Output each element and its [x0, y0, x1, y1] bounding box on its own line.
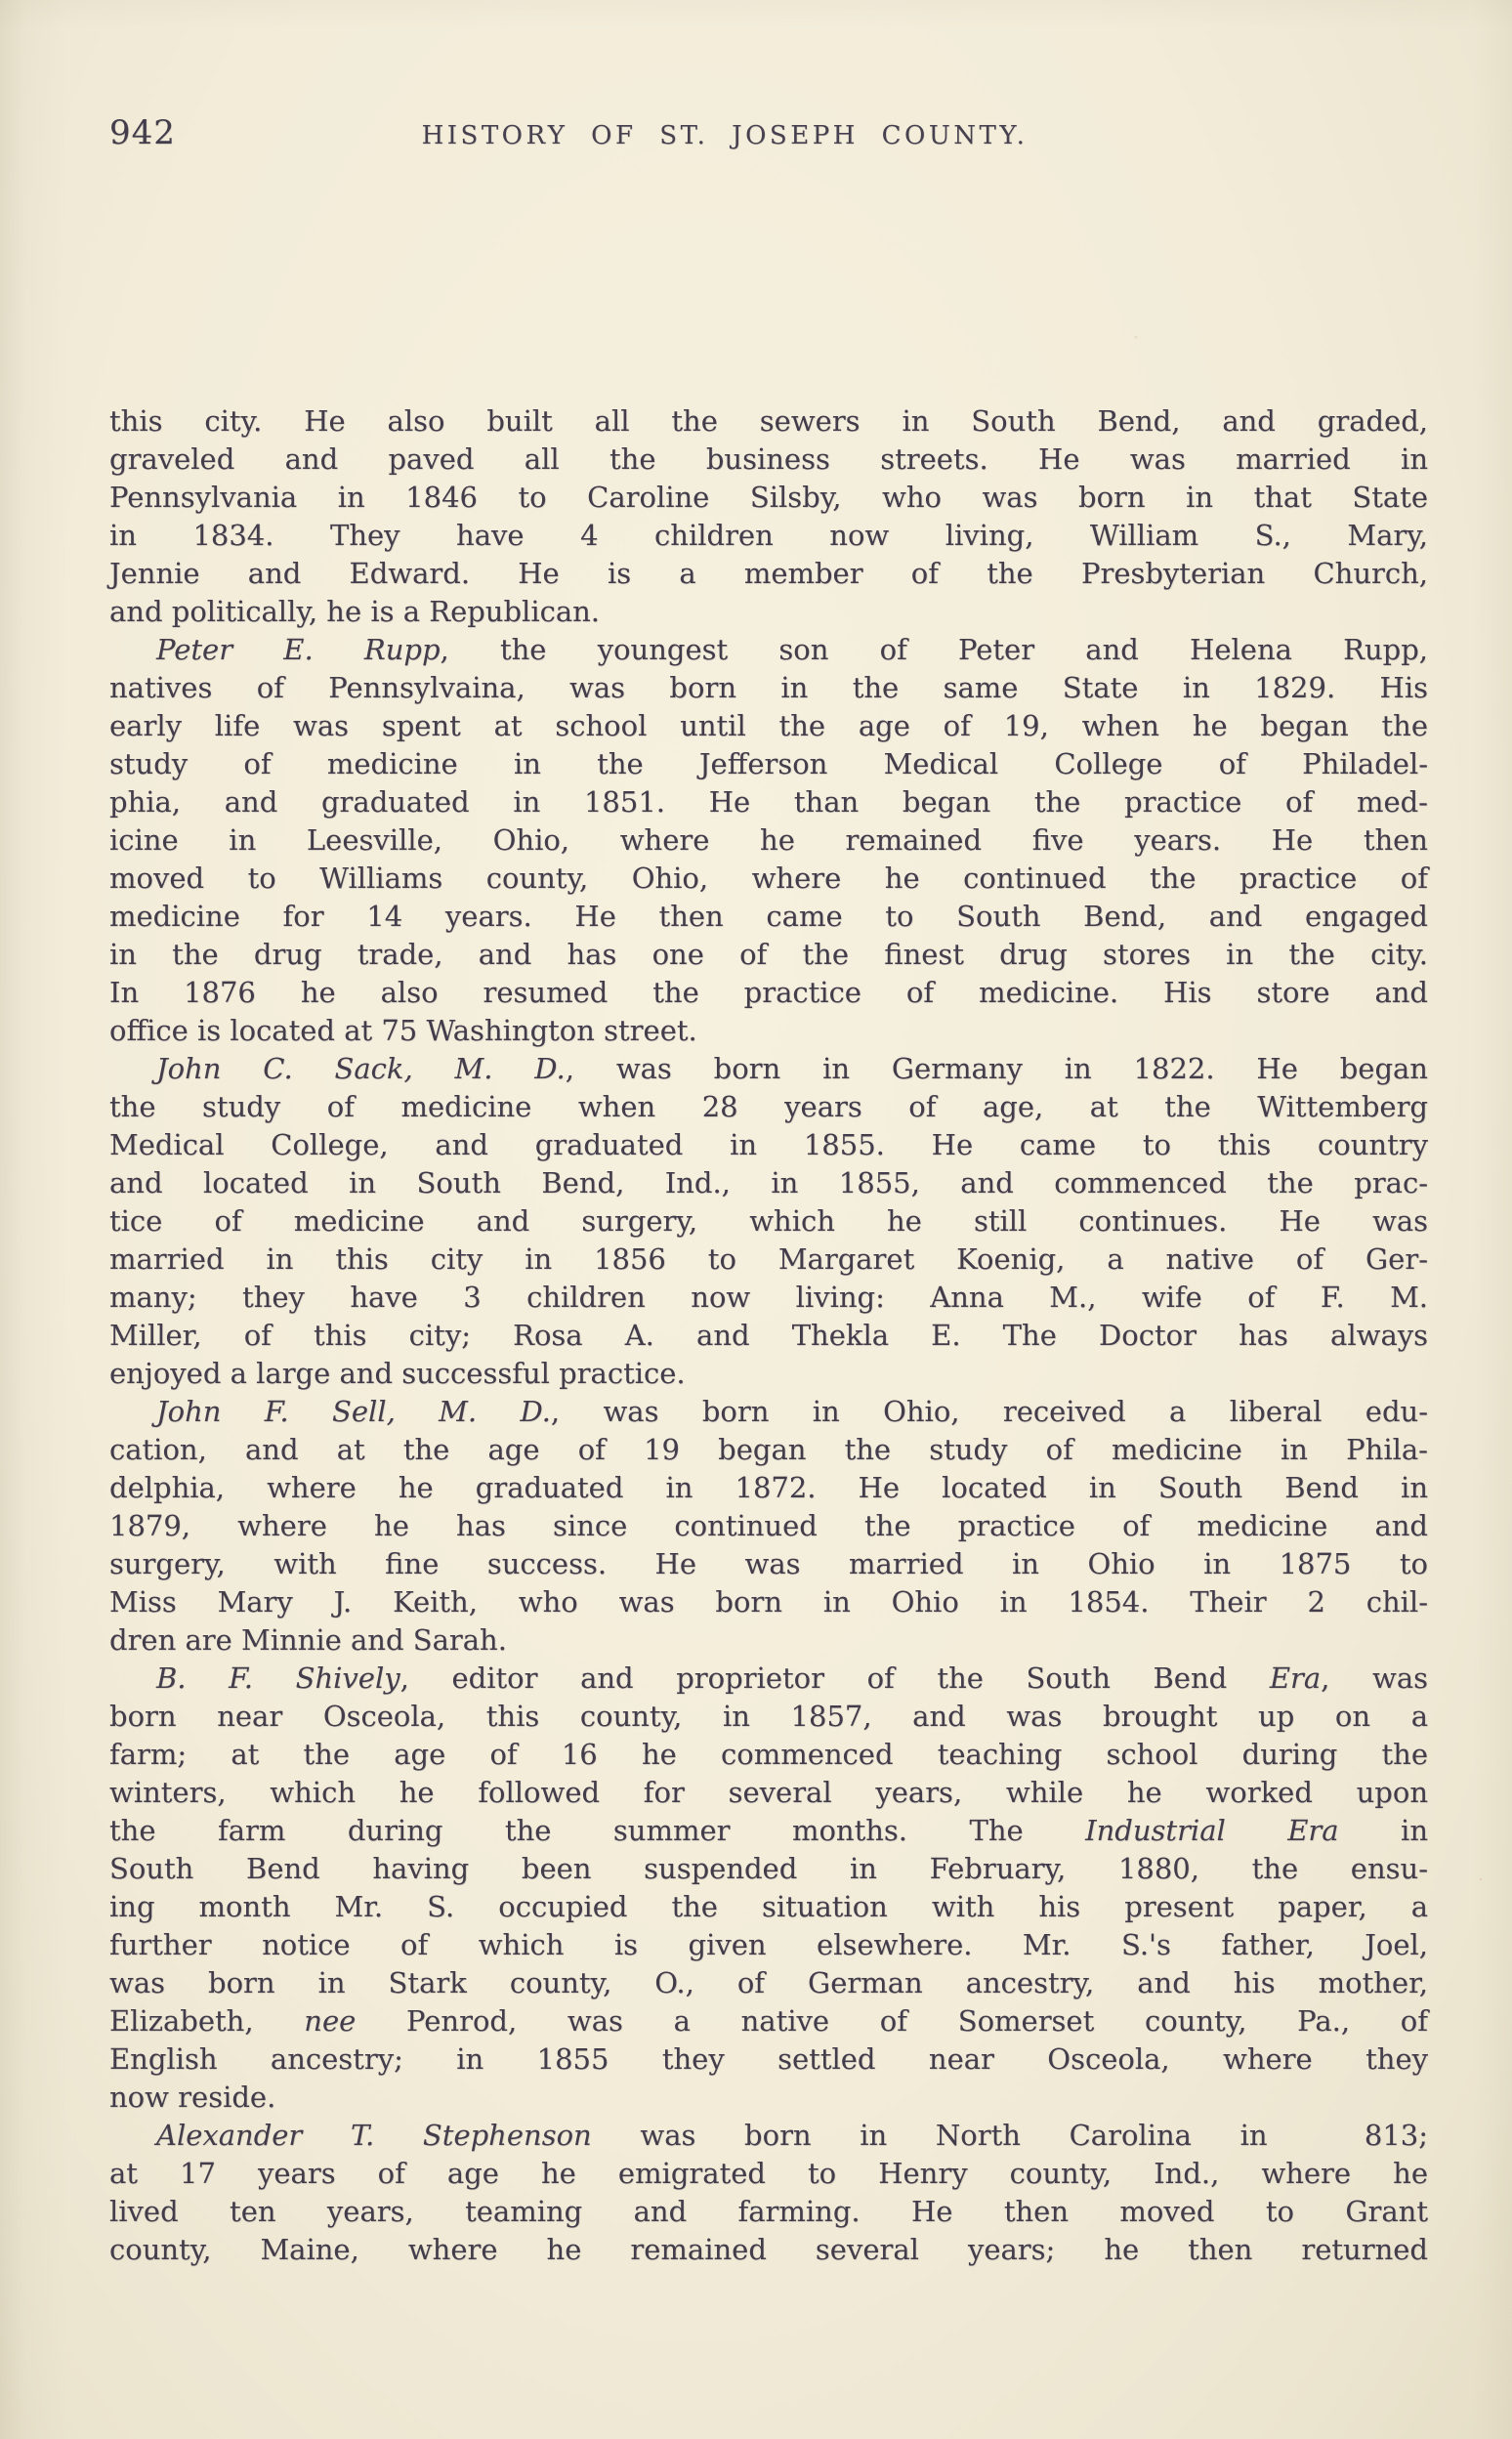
text-line: tice of medicine and surgery, which he s…	[109, 1202, 1428, 1241]
text-line: In 1876 he also resumed the practice of …	[109, 974, 1428, 1012]
text-line: further notice of which is given elsewhe…	[109, 1926, 1428, 1964]
text-line: Elizabeth, nee Penrod, was a native of S…	[109, 2002, 1428, 2040]
text-line: icine in Leesville, Ohio, where he remai…	[109, 821, 1428, 860]
text-line: Medical College, and graduated in 1855. …	[109, 1126, 1428, 1164]
text-line: this city. He also built all the sewers …	[109, 402, 1428, 441]
book-page: 942 HISTORY OF ST. JOSEPH COUNTY. this c…	[0, 0, 1512, 2439]
text-line: Alexander T. Stephenson was born in Nort…	[109, 2117, 1428, 2155]
text-line: Pennsylvania in 1846 to Caroline Silsby,…	[109, 479, 1428, 517]
text-line: B. F. Shively, editor and proprietor of …	[109, 1660, 1428, 1698]
text-line: married in this city in 1856 to Margaret…	[109, 1241, 1428, 1279]
page-body: this city. He also built all the sewers …	[109, 402, 1428, 2269]
text-line: medicine for 14 years. He then came to S…	[109, 898, 1428, 936]
text-line: the study of medicine when 28 years of a…	[109, 1088, 1428, 1126]
text-line: John F. Sell, M. D., was born in Ohio, r…	[109, 1393, 1428, 1431]
text-line: and located in South Bend, Ind., in 1855…	[109, 1164, 1428, 1202]
text-line: surgery, with fine success. He was marri…	[109, 1545, 1428, 1583]
text-line: in the drug trade, and has one of the fi…	[109, 936, 1428, 974]
text-line: Jennie and Edward. He is a member of the…	[109, 555, 1428, 593]
text-line: farm; at the age of 16 he commenced teac…	[109, 1736, 1428, 1774]
running-title: HISTORY OF ST. JOSEPH COUNTY.	[109, 121, 1340, 150]
text-line: in 1834. They have 4 children now living…	[109, 517, 1428, 555]
text-line: early life was spent at school until the…	[109, 707, 1428, 745]
text-line: cation, and at the age of 19 began the s…	[109, 1431, 1428, 1469]
text-line: ing month Mr. S. occupied the situation …	[109, 1888, 1428, 1926]
text-line: John C. Sack, M. D., was born in Germany…	[109, 1050, 1428, 1088]
text-line: South Bend having been suspended in Febr…	[109, 1850, 1428, 1888]
text-line: moved to Williams county, Ohio, where he…	[109, 860, 1428, 898]
text-line: graveled and paved all the business stre…	[109, 441, 1428, 479]
text-line: winters, which he followed for several y…	[109, 1774, 1428, 1812]
text-line: county, Maine, where he remained several…	[109, 2231, 1428, 2269]
text-line: dren are Minnie and Sarah.	[109, 1621, 1428, 1660]
text-line: now reside.	[109, 2079, 1428, 2117]
text-line: lived ten years, teaming and farming. He…	[109, 2193, 1428, 2231]
text-line: at 17 years of age he emigrated to Henry…	[109, 2155, 1428, 2193]
text-line: the farm during the summer months. The I…	[109, 1812, 1428, 1850]
text-line: many; they have 3 children now living: A…	[109, 1279, 1428, 1317]
text-line: and politically, he is a Republican.	[109, 593, 1428, 631]
text-line: 1879, where he has since continued the p…	[109, 1507, 1428, 1545]
text-line: born near Osceola, this county, in 1857,…	[109, 1698, 1428, 1736]
text-line: Miss Mary J. Keith, who was born in Ohio…	[109, 1583, 1428, 1621]
text-line: was born in Stark county, O., of German …	[109, 1964, 1428, 2002]
text-line: phia, and graduated in 1851. He than beg…	[109, 783, 1428, 821]
text-line: delphia, where he graduated in 1872. He …	[109, 1469, 1428, 1507]
text-line: office is located at 75 Washington stree…	[109, 1012, 1428, 1050]
text-line: enjoyed a large and successful practice.	[109, 1355, 1428, 1393]
text-line: Peter E. Rupp, the youngest son of Peter…	[109, 631, 1428, 669]
text-line: natives of Pennsylvaina, was born in the…	[109, 669, 1428, 707]
text-line: Miller, of this city; Rosa A. and Thekla…	[109, 1317, 1428, 1355]
text-line: English ancestry; in 1855 they settled n…	[109, 2040, 1428, 2079]
text-line: study of medicine in the Jefferson Medic…	[109, 745, 1428, 783]
